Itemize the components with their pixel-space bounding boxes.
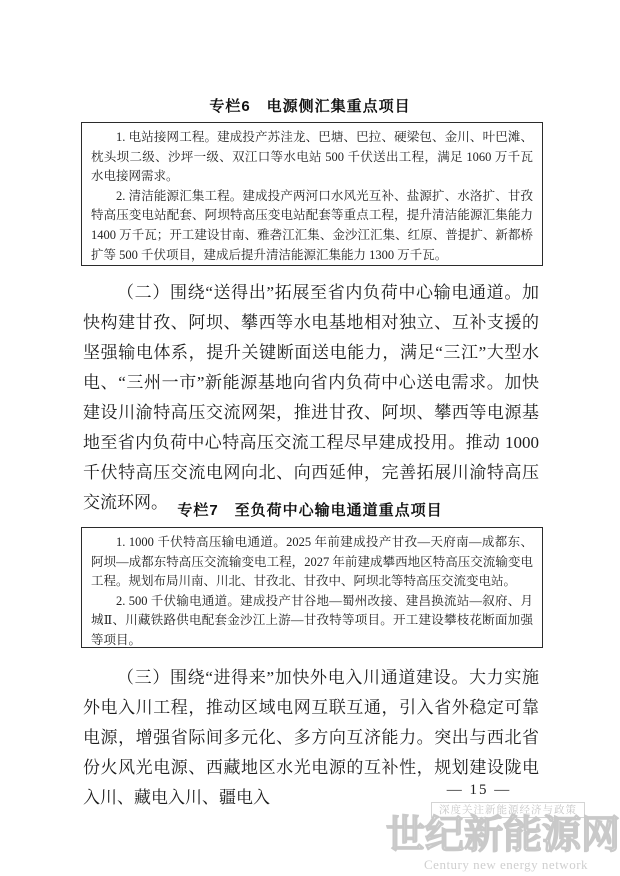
document-page: 专栏6 电源侧汇集重点项目 1. 电站接网工程。建成投产苏洼龙、巴塘、巴拉、硬梁… [0,0,620,876]
box6-paragraph-1: 1. 电站接网工程。建成投产苏洼龙、巴塘、巴拉、硬梁包、金川、叶巴滩、枕头坝二级… [91,128,533,187]
box6-paragraph-2: 2. 清洁能源汇集工程。建成投产两河口水风光互补、盐源扩、水洛扩、甘孜特高压变电… [91,187,533,265]
watermark-brand-english: Century new energy network [424,857,620,873]
body-paragraph-2: （二）围绕“送得出”拓展至省内负荷中心输电通道。加快构建甘孜、阿坝、攀西等水电基… [83,278,539,518]
box6-title: 专栏6 电源侧汇集重点项目 [0,95,620,116]
box7-paragraph-2: 2. 500 千伏输电通道。建成投产甘谷地—蜀州改接、建昌换流站—叙府、月城Ⅱ、… [91,592,533,651]
box7-callout: 1. 1000 千伏特高压输电通道。2025 年前建成投产甘孜—天府南—成都东、… [81,527,543,648]
page-number: — 15 — [447,782,512,799]
box6-callout: 1. 电站接网工程。建成投产苏洼龙、巴塘、巴拉、硬梁包、金川、叶巴滩、枕头坝二级… [81,122,543,266]
box7-paragraph-1: 1. 1000 千伏特高压输电通道。2025 年前建成投产甘孜—天府南—成都东、… [91,533,533,592]
watermark-brand: 世纪新能源网 [386,814,620,858]
box7-title: 专栏7 至负荷中心输电通道重点项目 [0,499,620,520]
